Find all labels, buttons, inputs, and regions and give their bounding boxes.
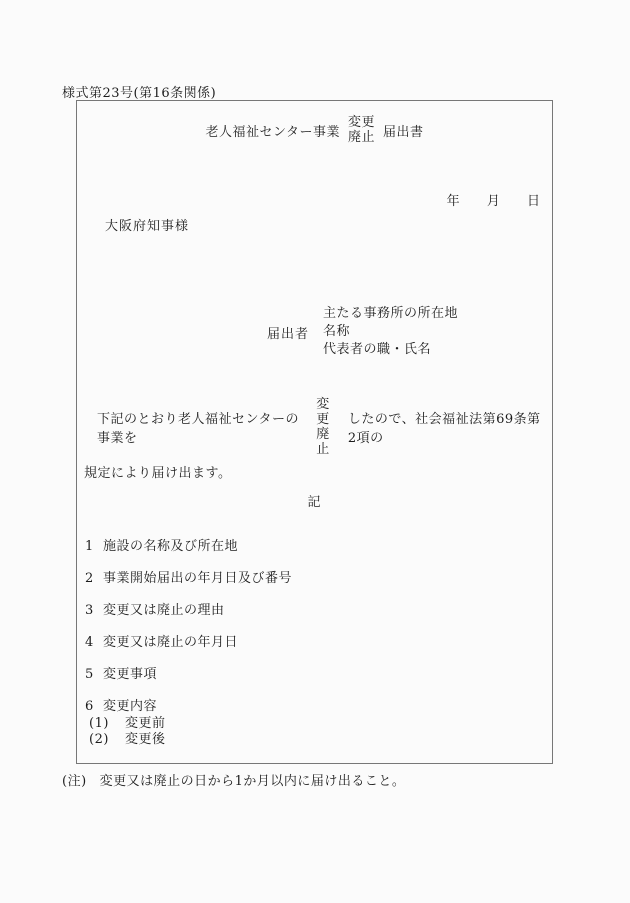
body-text-before: 下記のとおり老人福祉センターの事業を bbox=[84, 408, 308, 446]
list-item: 5変更事項 bbox=[85, 668, 292, 681]
applicant-label: 届出者 bbox=[267, 323, 309, 342]
applicant-block: 届出者 主たる事務所の所在地 名称 代表者の職・氏名 bbox=[267, 305, 458, 359]
title-change-abolish-stack: 変更 廃止 bbox=[348, 115, 375, 145]
list-item: 6変更内容 (1)変更前 (2)変更後 bbox=[85, 700, 292, 748]
applicant-fields: 主たる事務所の所在地 名称 代表者の職・氏名 bbox=[323, 305, 458, 359]
form-title-prefix: 老人福祉センター事業 bbox=[205, 121, 339, 140]
form-title-suffix: 届出書 bbox=[383, 121, 424, 140]
sub-item-number: (2) bbox=[89, 732, 125, 748]
addressee: 大阪府知事様 bbox=[105, 215, 189, 234]
footnote: (注)変更又は廃止の日から1か月以内に届け出ること。 bbox=[62, 770, 405, 789]
title-stacked-change: 変更 bbox=[348, 115, 375, 130]
body-change-abolish-stack: 変更 廃止 bbox=[316, 397, 340, 457]
notification-form-box: 老人福祉センター事業 変更 廃止 届出書 年 月 日 大阪府知事様 届出者 主た… bbox=[76, 100, 553, 764]
item-text: 施設の名称及び所在地 bbox=[103, 539, 238, 554]
record-heading: 記 bbox=[77, 491, 552, 510]
sub-item-number: (1) bbox=[89, 716, 125, 732]
applicant-field-name: 名称 bbox=[323, 323, 458, 341]
applicant-field-representative: 代表者の職・氏名 bbox=[323, 341, 458, 359]
list-item: 4変更又は廃止の年月日 bbox=[85, 636, 292, 649]
item-number: 3 bbox=[85, 604, 103, 617]
sub-list-item: (1)変更前 bbox=[89, 716, 292, 732]
body-paragraph: 下記のとおり老人福祉センターの事業を 変更 廃止 したので、社会福祉法第69条第… bbox=[84, 397, 547, 481]
item-number: 1 bbox=[85, 540, 103, 553]
sub-item-list: (1)変更前 (2)変更後 bbox=[85, 716, 292, 748]
body-line-1: 下記のとおり老人福祉センターの事業を 変更 廃止 したので、社会福祉法第69条第… bbox=[84, 397, 547, 457]
title-stacked-abolish: 廃止 bbox=[348, 130, 375, 145]
item-number: 6 bbox=[85, 700, 103, 713]
date-month-label: 月 bbox=[487, 194, 500, 209]
item-number: 2 bbox=[85, 572, 103, 585]
date-year-label: 年 bbox=[447, 194, 460, 209]
list-item: 3変更又は廃止の理由 bbox=[85, 604, 292, 617]
footnote-text: 変更又は廃止の日から1か月以内に届け出ること。 bbox=[100, 774, 406, 789]
item-text: 変更又は廃止の理由 bbox=[103, 603, 225, 618]
item-list: 1施設の名称及び所在地 2事業開始届出の年月日及び番号 3変更又は廃止の理由 4… bbox=[85, 540, 292, 767]
body-line-2: 規定により届け出ます。 bbox=[84, 462, 547, 481]
sub-list-item: (2)変更後 bbox=[89, 732, 292, 748]
sub-item-text: 変更後 bbox=[125, 732, 166, 747]
body-stacked-change: 変更 bbox=[316, 397, 340, 427]
sub-item-text: 変更前 bbox=[125, 716, 166, 731]
form-number-label: 様式第23号(第16条関係) bbox=[62, 82, 216, 101]
list-item: 2事業開始届出の年月日及び番号 bbox=[85, 572, 292, 585]
document-page: 様式第23号(第16条関係) 老人福祉センター事業 変更 廃止 届出書 年 月 … bbox=[0, 0, 630, 903]
item-number: 5 bbox=[85, 668, 103, 681]
item-text: 変更事項 bbox=[103, 667, 157, 682]
list-item: 1施設の名称及び所在地 bbox=[85, 540, 292, 553]
body-text-after: したので、社会福祉法第69条第2項の bbox=[348, 408, 547, 446]
applicant-field-address: 主たる事務所の所在地 bbox=[323, 305, 458, 323]
date-day-label: 日 bbox=[527, 194, 540, 209]
date-line: 年 月 日 bbox=[424, 190, 540, 209]
item-number: 4 bbox=[85, 636, 103, 649]
item-text: 変更又は廃止の年月日 bbox=[103, 635, 238, 650]
item-text: 変更内容 bbox=[103, 699, 157, 714]
body-stacked-abolish: 廃止 bbox=[316, 427, 340, 457]
footnote-label: (注) bbox=[62, 774, 87, 789]
form-title: 老人福祉センター事業 変更 廃止 届出書 bbox=[77, 115, 552, 145]
item-text: 事業開始届出の年月日及び番号 bbox=[103, 571, 292, 586]
